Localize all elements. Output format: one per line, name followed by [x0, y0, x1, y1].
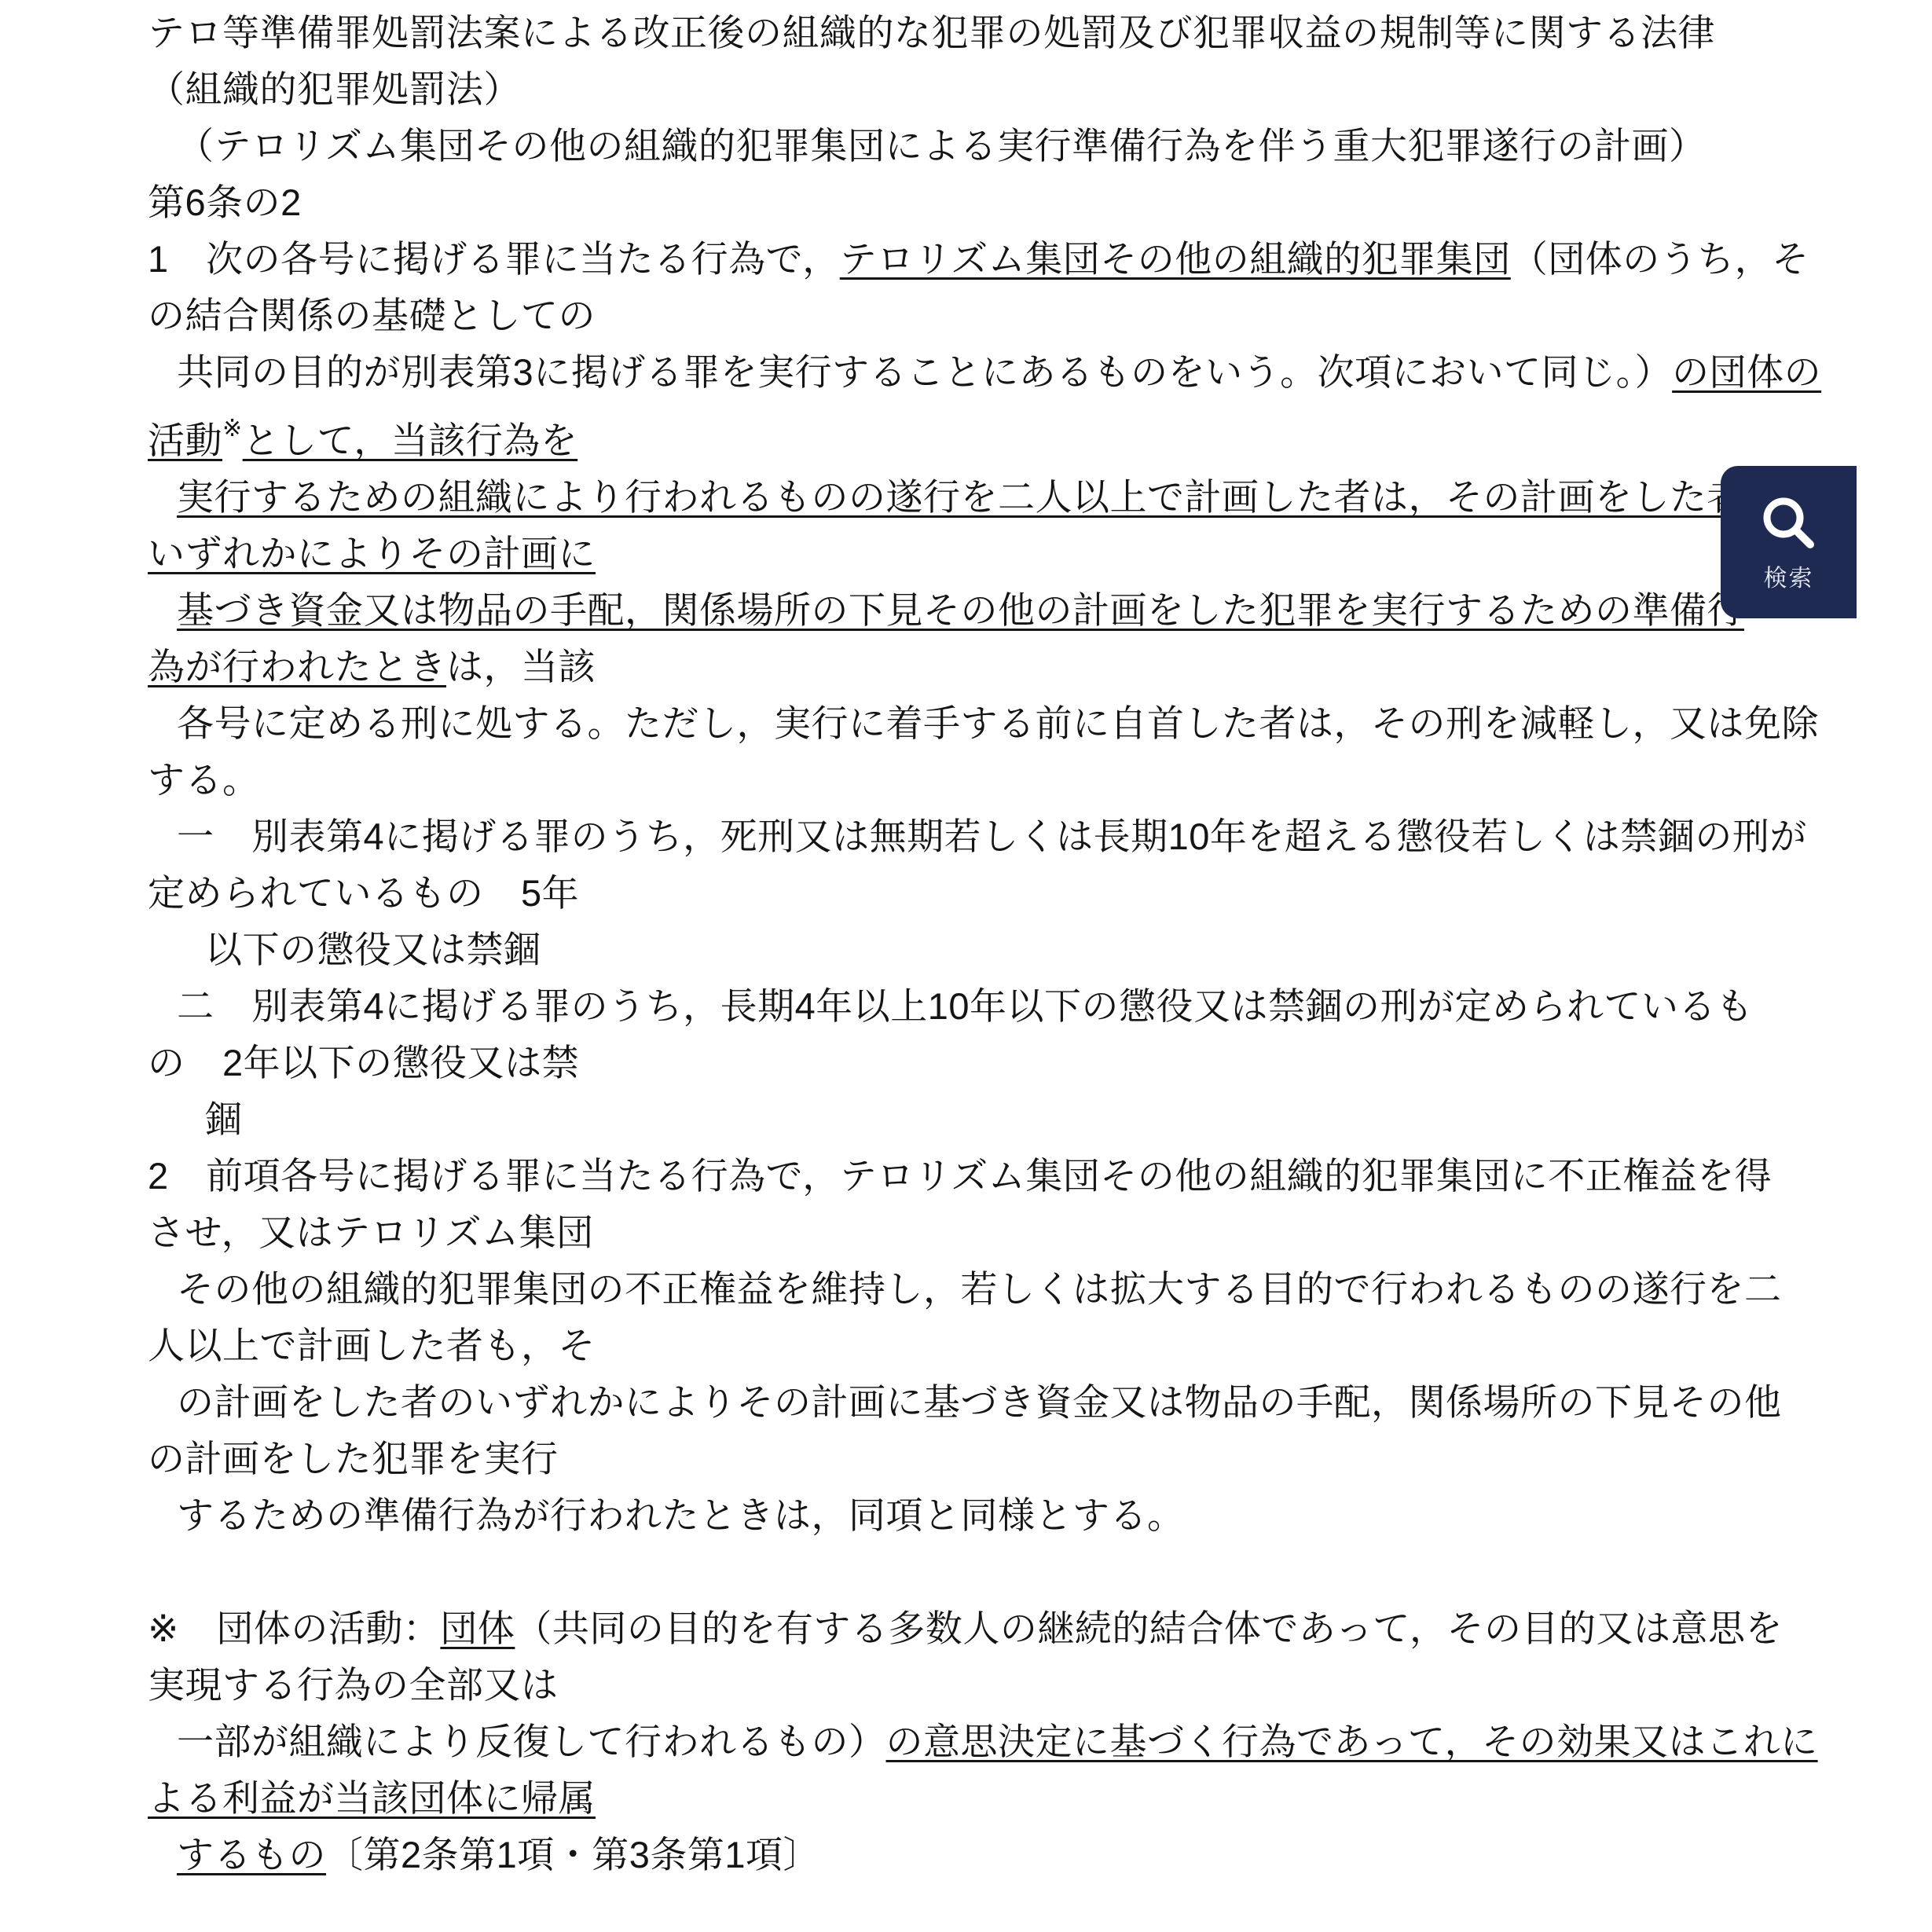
search-label: 検索 — [1764, 559, 1814, 593]
para1-line-7: 基づき資金又は物品の手配，関係場所の下見その他の計画をした犯罪を実行するための準… — [148, 582, 1876, 639]
title-line-1: テロ等準備罪処罰法案による改正後の組織的な犯罪の処罰及び犯罪収益の規制等に関する… — [148, 5, 1876, 61]
para2-line-2: させ，又はテロリズム集団 — [148, 1204, 1876, 1261]
para1-line-5: 実行するための組織により行われるものの遂行を二人以上で計画した者は，その計画をし… — [148, 469, 1876, 526]
item1-line-3: 以下の懲役又は禁錮 — [148, 922, 1876, 978]
note-line-3: 一部が組織により反復して行われるもの）の意思決定に基づく行為であって，その効果又… — [148, 1714, 1876, 1770]
para1-line-9: 各号に定める刑に処する。ただし，実行に着手する前に自首した者は，その刑を減軽し，… — [148, 695, 1876, 752]
search-icon — [1755, 489, 1823, 557]
item2-line-1: 二 別表第4に掲げる罪のうち，長期4年以上10年以下の懲役又は禁錮の刑が定められ… — [148, 978, 1876, 1035]
article-caption: （テロリズム集団その他の組織的犯罪集団による実行準備行為を伴う重大犯罪遂行の計画… — [148, 118, 1876, 174]
underlined-term-criminal-organization: テロリズム集団その他の組織的犯罪集団 — [840, 238, 1511, 280]
para1-line-4: 活動※として，当該行為を — [148, 401, 1876, 469]
title-line-2: （組織的犯罪処罰法） — [148, 61, 1876, 118]
para2-line-5: の計画をした者のいずれかによりその計画に基づき資金又は物品の手配，関係場所の下見… — [148, 1374, 1876, 1431]
article-number: 第6条の2 — [148, 174, 1876, 231]
para1-line-2: の結合関係の基礎としての — [148, 288, 1876, 344]
note-line-5: するもの〔第2条第1項・第3条第1項〕 — [148, 1827, 1876, 1883]
item2-line-3: 錮 — [148, 1091, 1876, 1148]
item1-line-1: 一 別表第4に掲げる罪のうち，死刑又は無期若しくは長期10年を超える懲役若しくは… — [148, 808, 1876, 865]
note-line-4: よる利益が当該団体に帰属 — [148, 1770, 1876, 1827]
para2-line-4: 人以上で計画した者も，そ — [148, 1318, 1876, 1374]
item1-line-2: 定められているもの 5年 — [148, 865, 1876, 922]
para1-line-6: いずれかによりその計画に — [148, 526, 1876, 582]
note-line-2: 実現する行為の全部又は — [148, 1657, 1876, 1714]
item2-line-2: の 2年以下の懲役又は禁 — [148, 1035, 1876, 1091]
footnote-mark: ※ — [222, 416, 243, 442]
para1-line-3: 共同の目的が別表第3に掲げる罪を実行することにあるものをいう。次項において同じ。… — [148, 344, 1876, 401]
para2-line-1: 2 前項各号に掲げる罪に当たる行為で，テロリズム集団その他の組織的犯罪集団に不正… — [148, 1148, 1876, 1204]
para1-line-1: 1 次の各号に掲げる罪に当たる行為で，テロリズム集団その他の組織的犯罪集団（団体… — [148, 231, 1876, 288]
para2-line-3: その他の組織的犯罪集団の不正権益を維持し，若しくは拡大する目的で行われるものの遂… — [148, 1261, 1876, 1318]
para1-line-8: 為が行われたときは，当該 — [148, 639, 1876, 695]
search-button[interactable]: 検索 — [1721, 466, 1857, 618]
para2-line-6: の計画をした犯罪を実行 — [148, 1431, 1876, 1487]
law-document: テロ等準備罪処罰法案による改正後の組織的な犯罪の処罰及び犯罪収益の規制等に関する… — [148, 5, 1876, 1883]
para1-line-10: する。 — [148, 752, 1876, 808]
note-line-1: ※ 団体の活動：団体（共同の目的を有する多数人の継続的結合体であって，その目的又… — [148, 1600, 1876, 1657]
blank-line — [148, 1544, 1876, 1600]
para2-line-7: するための準備行為が行われたときは，同項と同様とする。 — [148, 1487, 1876, 1544]
